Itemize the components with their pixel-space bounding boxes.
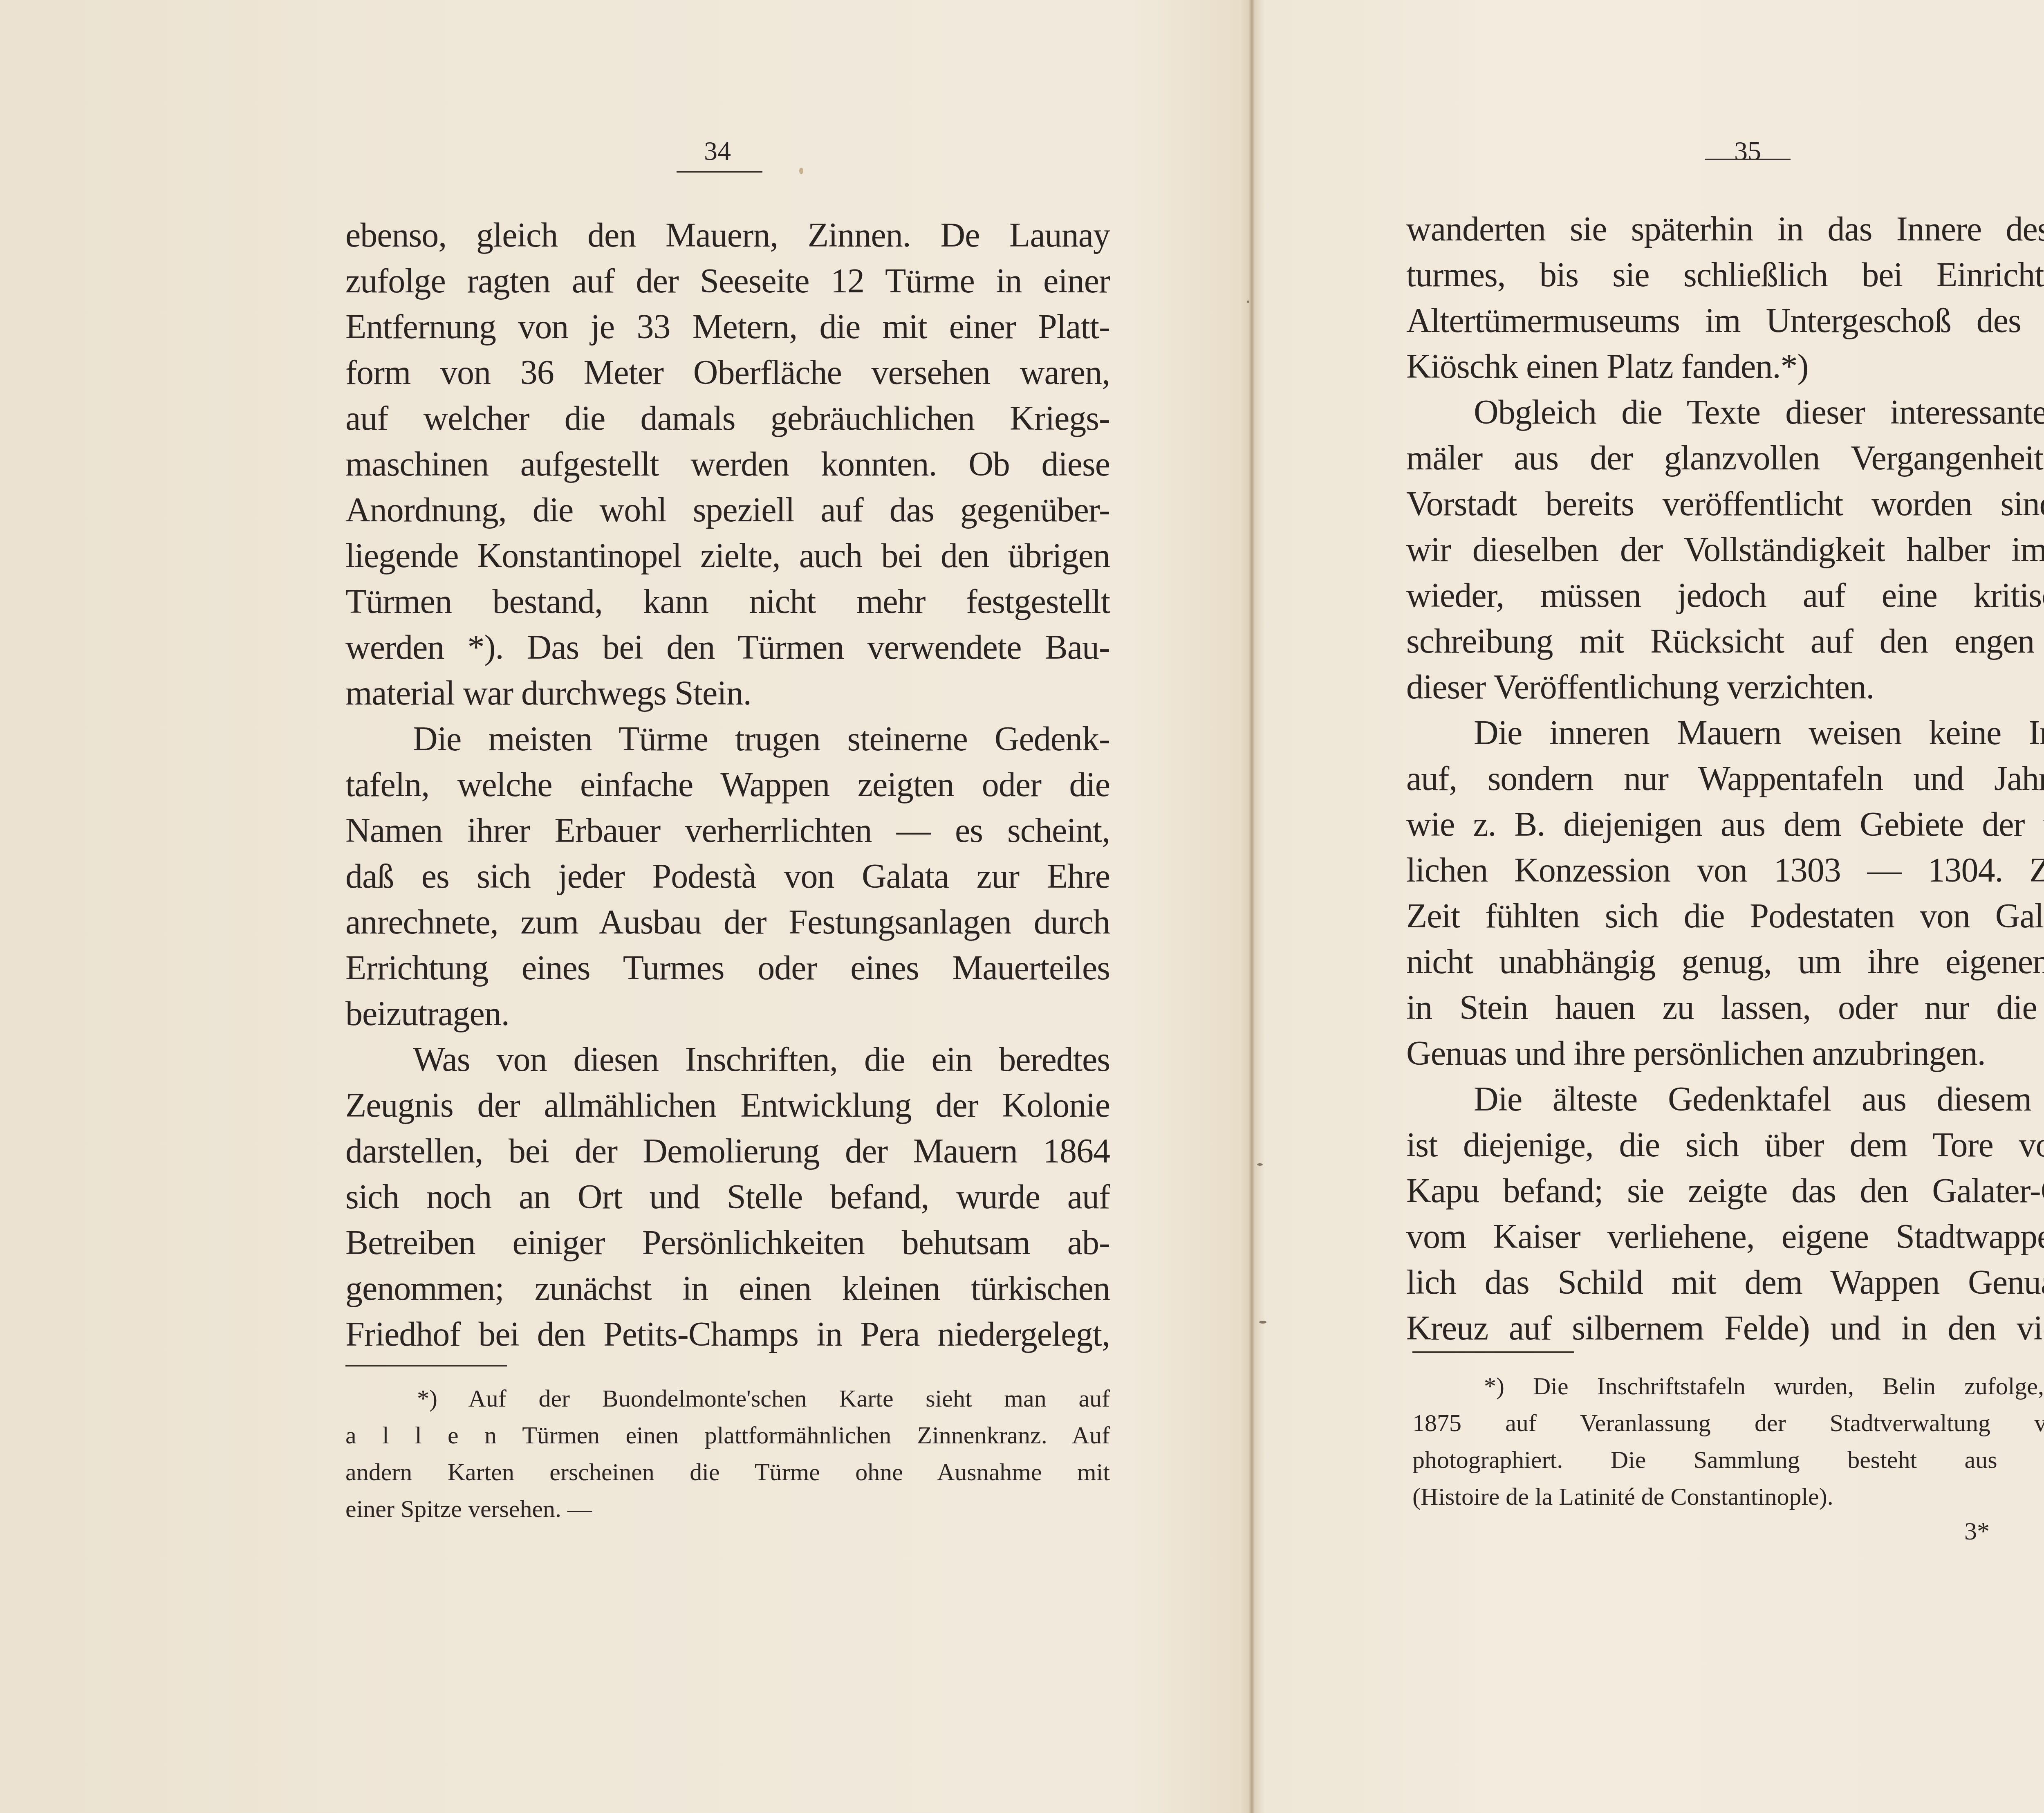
- text-line: Vorstadt bereits veröffentlicht worden s…: [1406, 481, 2044, 527]
- footnote-line: 1875 auf Veranlassung der Stadtverwaltun…: [1412, 1405, 2044, 1441]
- book-spread: 34 ebenso, gleich den Mauern, Zinnen. De…: [0, 0, 2044, 1813]
- text-line: darstellen, bei der Demolierung der Maue…: [345, 1129, 1110, 1174]
- text-line: nicht unabhängig genug, um ihre eigenen …: [1406, 939, 2044, 985]
- text-line: maschinen aufgestellt werden konnten. Ob…: [345, 442, 1110, 487]
- text-line: Namen ihrer Erbauer verherrlichten — es …: [345, 808, 1110, 854]
- footnote-line: *) Die Inschriftstafeln wurden, Belin zu…: [1412, 1368, 2044, 1405]
- footnote-line: *) Auf der Buondelmonte'schen Karte sieh…: [345, 1380, 1110, 1417]
- text-line: beizutragen.: [345, 991, 1110, 1037]
- text-line: schreibung mit Rücksicht auf den engen R…: [1406, 619, 2044, 664]
- text-line: mäler aus der glanzvollen Vergangenheit …: [1406, 435, 2044, 481]
- text-line: in Stein hauen zu lassen, oder nur die W…: [1406, 985, 2044, 1031]
- page-number-rule: [1705, 159, 1791, 160]
- text-line: wanderten sie späterhin in das Innere de…: [1406, 206, 2044, 252]
- text-line: Türmen bestand, kann nicht mehr festgest…: [345, 579, 1110, 625]
- text-line: turmes, bis sie schließlich bei Einricht…: [1406, 252, 2044, 298]
- text-line: lich das Schild mit dem Wappen Genuas (r…: [1406, 1260, 2044, 1306]
- paper-speck: [799, 168, 803, 174]
- text-line: Entfernung von je 33 Metern, die mit ein…: [345, 304, 1110, 350]
- right-body-text: wanderten sie späterhin in das Innere de…: [1406, 206, 2044, 1351]
- text-line: genommen; zunächst in einen kleinen türk…: [345, 1266, 1110, 1312]
- text-line: lichen Konzession von 1303 — 1304. Zu di…: [1406, 848, 2044, 893]
- footnote-divider: [1412, 1351, 1574, 1353]
- book-gutter: [1249, 0, 1255, 1813]
- page-number-right: 35: [1365, 135, 2044, 168]
- text-line: zufolge ragten auf der Seeseite 12 Türme…: [345, 258, 1110, 304]
- text-line: Kapu befand; sie zeigte das den Galater-…: [1406, 1168, 2044, 1214]
- text-line: Errichtung eines Turmes oder eines Mauer…: [345, 945, 1110, 991]
- left-body-text: ebenso, gleich den Mauern, Zinnen. De La…: [345, 213, 1110, 1358]
- text-line: tafeln, welche einfache Wappen zeigten o…: [345, 762, 1110, 808]
- text-line: Altertümermuseums im Untergeschoß des Ts…: [1406, 298, 2044, 344]
- text-line: Genuas und ihre persönlichen anzubringen…: [1406, 1031, 2044, 1077]
- text-line: material war durchwegs Stein.: [345, 671, 1110, 716]
- text-line: wie z. B. diejenigen aus dem Gebiete der…: [1406, 802, 2044, 848]
- text-line: ebenso, gleich den Mauern, Zinnen. De La…: [345, 213, 1110, 258]
- text-line: daß es sich jeder Podestà von Galata zur…: [345, 854, 1110, 900]
- text-line: Friedhof bei den Petits-Champs in Pera n…: [345, 1312, 1110, 1358]
- text-line: sich noch an Ort und Stelle befand, wurd…: [345, 1174, 1110, 1220]
- text-line: auf welcher die damals gebräuchlichen Kr…: [345, 396, 1110, 442]
- footnote-line: andern Karten erscheinen die Türme ohne …: [345, 1454, 1110, 1490]
- page-number-left: 34: [343, 135, 1091, 168]
- text-line: Die älteste Gedenktafel aus diesem Stadt…: [1406, 1077, 2044, 1122]
- footnote-line: einer Spitze versehen. —: [345, 1490, 1110, 1527]
- left-page: 34 ebenso, gleich den Mauern, Zinnen. De…: [345, 0, 1110, 1813]
- text-line: liegende Konstantinopel zielte, auch bei…: [345, 533, 1110, 579]
- text-line: Betreiben einiger Persönlichkeiten behut…: [345, 1220, 1110, 1266]
- text-line: vom Kaiser verliehene, eigene Stadtwappe…: [1406, 1214, 2044, 1260]
- text-line: dieser Veröffentlichung verzichten.: [1406, 664, 2044, 710]
- paper-speck: [1257, 1163, 1263, 1166]
- text-line: Kreuz auf silbernem Felde) und in den vi…: [1406, 1306, 2044, 1351]
- text-line: wieder, müssen jedoch auf eine kritische…: [1406, 573, 2044, 619]
- text-line: auf, sondern nur Wappentafeln und Jahres…: [1406, 756, 2044, 802]
- page-number-rule: [677, 171, 762, 173]
- text-line: Obgleich die Texte dieser interessanten …: [1406, 390, 2044, 435]
- footnote-line: (Histoire de la Latinité de Constantinop…: [1412, 1478, 2044, 1515]
- text-line: Die inneren Mauern weisen keine Inschrif…: [1406, 710, 2044, 756]
- footnote-line: photographiert. Die Sammlung besteht aus…: [1412, 1441, 2044, 1478]
- text-line: Zeit fühlten sich die Podestaten von Gal…: [1406, 893, 2044, 939]
- text-line: wir dieselben der Vollständigkeit halber…: [1406, 527, 2044, 573]
- signature-mark: 3*: [1964, 1517, 1990, 1546]
- text-line: anrechnete, zum Ausbau der Festungsanlag…: [345, 900, 1110, 945]
- right-page: 35 wanderten sie späterhin in das Innere…: [1406, 0, 2044, 1813]
- right-footnote: *) Die Inschriftstafeln wurden, Belin zu…: [1412, 1368, 2044, 1515]
- paper-speck: [1247, 301, 1249, 303]
- text-line: werden *). Das bei den Türmen verwendete…: [345, 625, 1110, 671]
- text-line: form von 36 Meter Oberfläche versehen wa…: [345, 350, 1110, 396]
- paper-speck: [1259, 1321, 1266, 1324]
- footnote-line: a l l e n Türmen einen plattformähnliche…: [345, 1417, 1110, 1454]
- left-footnote: *) Auf der Buondelmonte'schen Karte sieh…: [345, 1380, 1110, 1527]
- text-line: ist diejenige, die sich über dem Tore vo…: [1406, 1122, 2044, 1168]
- text-line: Die meisten Türme trugen steinerne Geden…: [345, 716, 1110, 762]
- footnote-divider: [345, 1365, 507, 1366]
- text-line: Anordnung, die wohl speziell auf das geg…: [345, 487, 1110, 533]
- text-line: Was von diesen Inschriften, die ein bere…: [345, 1037, 1110, 1083]
- text-line: Kiöschk einen Platz fanden.*): [1406, 344, 2044, 390]
- text-line: Zeugnis der allmählichen Entwicklung der…: [345, 1083, 1110, 1129]
